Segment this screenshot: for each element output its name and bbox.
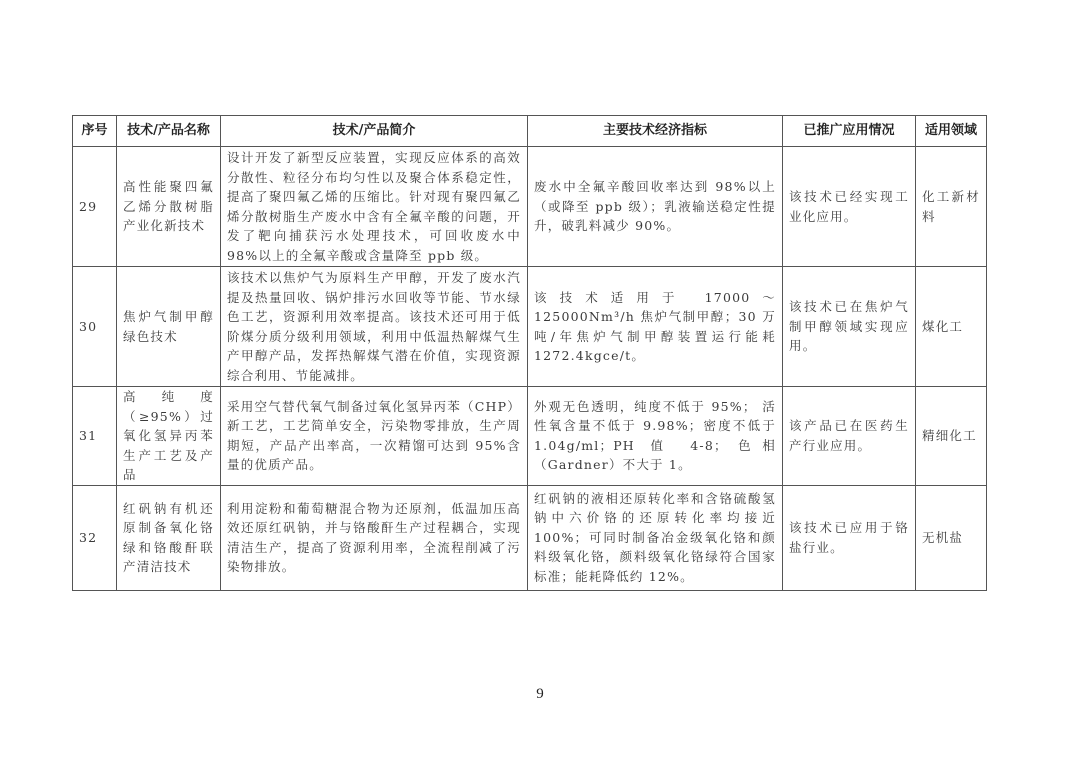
row-applicable-domain: 精细化工	[916, 387, 987, 486]
row-tech-name: 高性能聚四氟乙烯分散树脂产业化新技术	[117, 147, 221, 267]
table-row: 32 红矾钠有机还原制备氧化铬绿和铬酸酐联产清洁技术 利用淀粉和葡萄糖混合物为还…	[73, 485, 987, 590]
header-applicable-domain: 适用领域	[916, 116, 987, 147]
row-tech-intro: 该技术以焦炉气为原料生产甲醇，开发了废水汽提及热量回收、锅炉排污水回收等节能、节…	[221, 267, 528, 387]
row-serial-no: 32	[73, 485, 117, 590]
header-application-status: 已推广应用情况	[783, 116, 916, 147]
row-applicable-domain: 无机盐	[916, 485, 987, 590]
row-applicable-domain: 煤化工	[916, 267, 987, 387]
row-tech-name: 红矾钠有机还原制备氧化铬绿和铬酸酐联产清洁技术	[117, 485, 221, 590]
header-tech-name: 技术/产品名称	[117, 116, 221, 147]
document-page: 序号 技术/产品名称 技术/产品简介 主要技术经济指标 已推广应用情况 适用领域…	[0, 0, 1080, 763]
row-application-status: 该技术已应用于铬盐行业。	[783, 485, 916, 590]
row-tech-name: 高纯度（≥95%）过氧化氢异丙苯生产工艺及产品	[117, 387, 221, 486]
row-key-indicators: 该技术适用于 17000～125000Nm³/h 焦炉气制甲醇；30 万吨/年焦…	[528, 267, 783, 387]
row-key-indicators: 外观无色透明，纯度不低于 95%； 活性氧含量不低于 9.98%；密度不低于 1…	[528, 387, 783, 486]
header-tech-intro: 技术/产品简介	[221, 116, 528, 147]
header-serial-no: 序号	[73, 116, 117, 147]
row-applicable-domain: 化工新材料	[916, 147, 987, 267]
table-row: 30 焦炉气制甲醇绿色技术 该技术以焦炉气为原料生产甲醇，开发了废水汽提及热量回…	[73, 267, 987, 387]
row-serial-no: 29	[73, 147, 117, 267]
row-application-status: 该技术已经实现工业化应用。	[783, 147, 916, 267]
page-number: 9	[0, 686, 1080, 703]
row-tech-intro: 采用空气替代氧气制备过氧化氢异丙苯（CHP）新工艺，工艺简单安全，污染物零排放，…	[221, 387, 528, 486]
row-tech-intro: 设计开发了新型反应装置，实现反应体系的高效分散性、粒径分布均匀性以及聚合体系稳定…	[221, 147, 528, 267]
row-tech-name: 焦炉气制甲醇绿色技术	[117, 267, 221, 387]
row-key-indicators: 废水中全氟辛酸回收率达到 98%以上（或降至 ppb 级）；乳液输送稳定性提升，…	[528, 147, 783, 267]
table-row: 31 高纯度（≥95%）过氧化氢异丙苯生产工艺及产品 采用空气替代氧气制备过氧化…	[73, 387, 987, 486]
table-header-row: 序号 技术/产品名称 技术/产品简介 主要技术经济指标 已推广应用情况 适用领域	[73, 116, 987, 147]
row-application-status: 该技术已在焦炉气制甲醇领域实现应用。	[783, 267, 916, 387]
technology-table: 序号 技术/产品名称 技术/产品简介 主要技术经济指标 已推广应用情况 适用领域…	[72, 115, 987, 591]
row-application-status: 该产品已在医药生产行业应用。	[783, 387, 916, 486]
row-tech-intro: 利用淀粉和葡萄糖混合物为还原剂，低温加压高效还原红矾钠，并与铬酸酐生产过程耦合，…	[221, 485, 528, 590]
header-key-indicators: 主要技术经济指标	[528, 116, 783, 147]
table-row: 29 高性能聚四氟乙烯分散树脂产业化新技术 设计开发了新型反应装置，实现反应体系…	[73, 147, 987, 267]
row-serial-no: 31	[73, 387, 117, 486]
row-key-indicators: 红矾钠的液相还原转化率和含铬硫酸氢钠中六价铬的还原转化率均接近 100%；可同时…	[528, 485, 783, 590]
row-serial-no: 30	[73, 267, 117, 387]
